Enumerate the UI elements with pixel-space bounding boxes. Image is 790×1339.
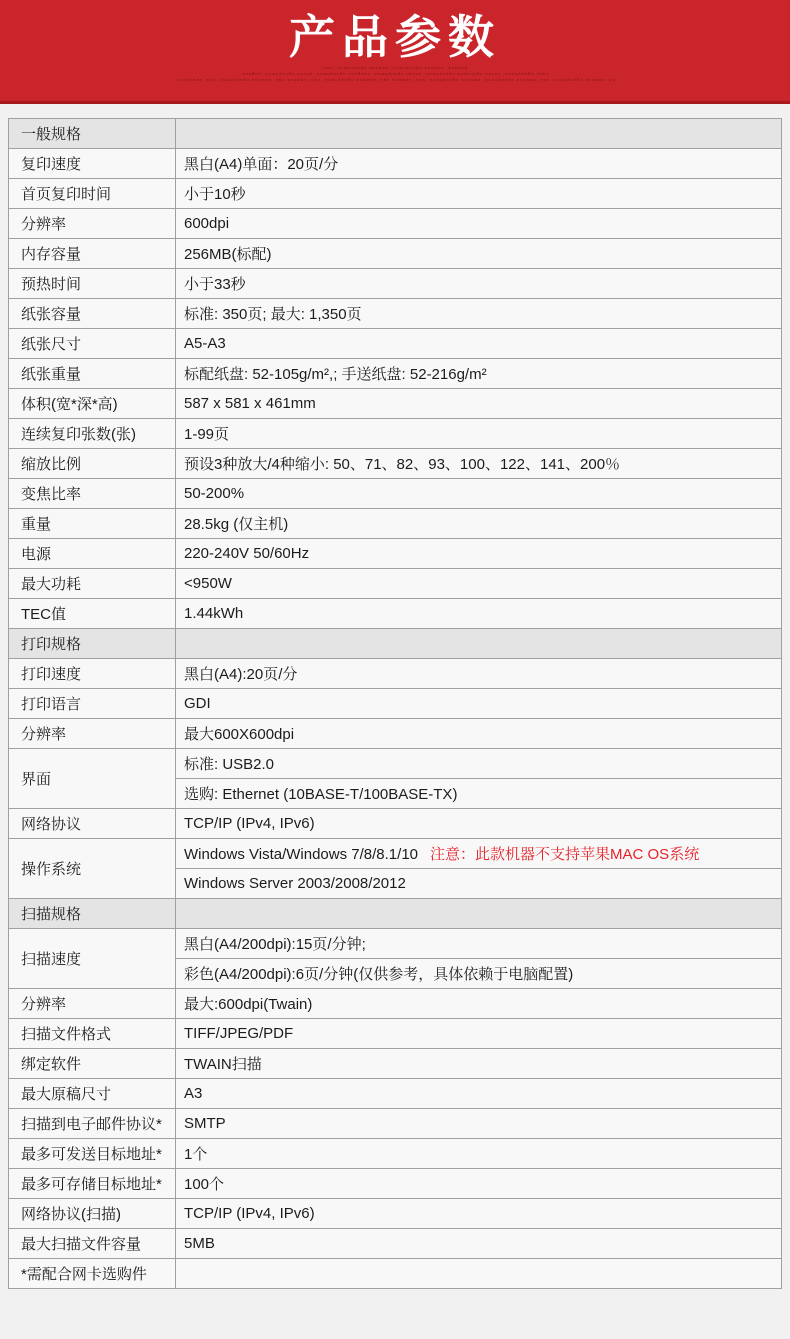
spec-row: 体积(宽*深*高)587 x 581 x 461mm: [9, 389, 782, 419]
banner: 产品参数 ba' uawoua oguuyhwou' uou' uawoua o…: [0, 0, 790, 104]
spec-value-cell: TIFF/JPEG/PDF: [176, 1019, 782, 1049]
spec-value-cell: 黑白(A4)单面：20页/分: [176, 149, 782, 179]
spec-label-cell: 电源: [9, 539, 176, 569]
spec-row: 打印语言GDI: [9, 689, 782, 719]
spec-label-cell: *需配合网卡选购件: [9, 1259, 176, 1289]
section-row: 扫描规格: [9, 899, 782, 929]
spec-row: 电源220-240V 50/60Hz: [9, 539, 782, 569]
banner-decor-line: ba' uawoua oguuyhwou' uou' uawoua oguuyh…: [0, 77, 790, 83]
spec-label-cell: 预热时间: [9, 269, 176, 299]
value-text: Windows Vista/Windows 7/8/8.1/10: [184, 846, 418, 863]
spec-label-cell: 扫描文件格式: [9, 1019, 176, 1049]
spec-label-cell: 最大原稿尺寸: [9, 1079, 176, 1109]
spec-row: 纸张尺寸A5-A3: [9, 329, 782, 359]
spec-label-cell: 内存容量: [9, 239, 176, 269]
spec-label-cell: 分辨率: [9, 209, 176, 239]
spec-row: 变焦比率50-200%: [9, 479, 782, 509]
spec-value-cell: 小于33秒: [176, 269, 782, 299]
spec-row: 网络协议TCP/IP (IPv4, IPv6): [9, 809, 782, 839]
spec-label-cell: 分辨率: [9, 989, 176, 1019]
spec-row: 复印速度黑白(A4)单面：20页/分: [9, 149, 782, 179]
spec-label-cell: 最大功耗: [9, 569, 176, 599]
spec-label-cell: 变焦比率: [9, 479, 176, 509]
spec-table: 一般规格复印速度黑白(A4)单面：20页/分首页复印时间小于10秒分辨率600d…: [8, 118, 782, 1289]
spec-value-cell: 标配纸盘: 52-105g/m²,; 手送纸盘: 52-216g/m²: [176, 359, 782, 389]
spec-value-cell: A5-A3: [176, 329, 782, 359]
spec-label-cell: 界面: [9, 749, 176, 809]
spec-label-cell: TEC值: [9, 599, 176, 629]
spec-label-cell: 网络协议: [9, 809, 176, 839]
spec-row: 操作系统Windows Vista/Windows 7/8/8.1/10注意：此…: [9, 839, 782, 869]
spec-row: 首页复印时间小于10秒: [9, 179, 782, 209]
spec-row: 重量28.5kg (仅主机): [9, 509, 782, 539]
spec-value-cell: 选购: Ethernet (10BASE-T/100BASE-TX): [176, 779, 782, 809]
page-title: 产品参数: [0, 0, 790, 62]
spec-label-cell: 缩放比例: [9, 449, 176, 479]
spec-value-cell: 彩色(A4/200dpi):6页/分钟(仅供参考，具体依赖于电脑配置): [176, 959, 782, 989]
spec-row: 最多可发送目标地址*1个: [9, 1139, 782, 1169]
value-note: 注意：此款机器不支持苹果MAC OS系统: [430, 846, 699, 863]
spec-value-cell: 标准: 350页; 最大: 1,350页: [176, 299, 782, 329]
spec-row: 最大原稿尺寸A3: [9, 1079, 782, 1109]
spec-value-cell: TCP/IP (IPv4, IPv6): [176, 1199, 782, 1229]
spec-row: 分辨率最大:600dpi(Twain): [9, 989, 782, 1019]
spec-label-cell: 复印速度: [9, 149, 176, 179]
spec-value-cell: 标准: USB2.0: [176, 749, 782, 779]
spec-label-cell: 体积(宽*深*高): [9, 389, 176, 419]
spec-label-cell: 纸张容量: [9, 299, 176, 329]
spec-value-cell: 黑白(A4/200dpi):15页/分钟;: [176, 929, 782, 959]
spec-row: 扫描速度黑白(A4/200dpi):15页/分钟;: [9, 929, 782, 959]
spec-label-cell: 打印语言: [9, 689, 176, 719]
spec-value-cell: 5MB: [176, 1229, 782, 1259]
spec-row: 纸张重量标配纸盘: 52-105g/m²,; 手送纸盘: 52-216g/m²: [9, 359, 782, 389]
spec-value-cell: [176, 629, 782, 659]
section-row: 打印规格: [9, 629, 782, 659]
spec-value-cell: 小于10秒: [176, 179, 782, 209]
spec-value-cell: 256MB(标配): [176, 239, 782, 269]
spec-row: 界面标准: USB2.0: [9, 749, 782, 779]
spec-row: 纸张容量标准: 350页; 最大: 1,350页: [9, 299, 782, 329]
spec-row: 分辨率最大600X600dpi: [9, 719, 782, 749]
spec-row: 打印速度黑白(A4):20页/分: [9, 659, 782, 689]
spec-value-cell: TWAIN扫描: [176, 1049, 782, 1079]
spec-row: 分辨率600dpi: [9, 209, 782, 239]
spec-label-cell: 最多可存储目标地址*: [9, 1169, 176, 1199]
spec-value-cell: GDI: [176, 689, 782, 719]
spec-value-cell: A3: [176, 1079, 782, 1109]
spec-label-cell: 最多可发送目标地址*: [9, 1139, 176, 1169]
banner-decor-text: ba' uawoua oguuyhwou' uou' uawoua oguuyh…: [0, 65, 790, 83]
spec-row: 最大扫描文件容量5MB: [9, 1229, 782, 1259]
spec-row: 缩放比例预设3种放大/4种缩小: 50、71、82、93、100、122、141…: [9, 449, 782, 479]
spec-label-cell: 最大扫描文件容量: [9, 1229, 176, 1259]
spec-value-cell: 最大600X600dpi: [176, 719, 782, 749]
spec-row: 扫描到电子邮件协议*SMTP: [9, 1109, 782, 1139]
spec-label-cell: 分辨率: [9, 719, 176, 749]
spec-row: 连续复印张数(张)1-99页: [9, 419, 782, 449]
spec-label-cell: 纸张尺寸: [9, 329, 176, 359]
spec-value-cell: SMTP: [176, 1109, 782, 1139]
spec-row: TEC值1.44kWh: [9, 599, 782, 629]
spec-table-body: 一般规格复印速度黑白(A4)单面：20页/分首页复印时间小于10秒分辨率600d…: [9, 119, 782, 1289]
spec-row: 最大功耗<950W: [9, 569, 782, 599]
spec-value-cell: 50-200%: [176, 479, 782, 509]
spec-label-cell: 连续复印张数(张): [9, 419, 176, 449]
spec-label-cell: 扫描速度: [9, 929, 176, 989]
spec-row: 最多可存储目标地址*100个: [9, 1169, 782, 1199]
spec-value-cell: 587 x 581 x 461mm: [176, 389, 782, 419]
spec-value-cell: 220-240V 50/60Hz: [176, 539, 782, 569]
spec-label-cell: 扫描到电子邮件协议*: [9, 1109, 176, 1139]
spec-value-cell: 黑白(A4):20页/分: [176, 659, 782, 689]
spec-label-cell: 纸张重量: [9, 359, 176, 389]
spec-value-cell: 1.44kWh: [176, 599, 782, 629]
spec-value-cell: 预设3种放大/4种缩小: 50、71、82、93、100、122、141、200…: [176, 449, 782, 479]
banner-decor-line: oavu ogauyhwou' uovau ogauuava oguuyhwou…: [0, 71, 790, 77]
spec-value-cell: <950W: [176, 569, 782, 599]
spec-value-cell: 28.5kg (仅主机): [176, 509, 782, 539]
spec-label-cell: 首页复印时间: [9, 179, 176, 209]
spec-row: 扫描文件格式TIFF/JPEG/PDF: [9, 1019, 782, 1049]
spec-value-cell: 1-99页: [176, 419, 782, 449]
spec-value-cell: [176, 899, 782, 929]
spec-value-cell: TCP/IP (IPv4, IPv6): [176, 809, 782, 839]
spec-row: 绑定软件TWAIN扫描: [9, 1049, 782, 1079]
section-row: 一般规格: [9, 119, 782, 149]
spec-label-cell: 网络协议(扫描): [9, 1199, 176, 1229]
spec-label-cell: 操作系统: [9, 839, 176, 899]
spec-value-cell: 100个: [176, 1169, 782, 1199]
spec-label-cell: 绑定软件: [9, 1049, 176, 1079]
spec-value-cell: [176, 119, 782, 149]
spec-value-cell: 1个: [176, 1139, 782, 1169]
spec-label-cell: 打印速度: [9, 659, 176, 689]
spec-value-cell: 600dpi: [176, 209, 782, 239]
spec-label-cell: 重量: [9, 509, 176, 539]
spec-row: 网络协议(扫描)TCP/IP (IPv4, IPv6): [9, 1199, 782, 1229]
spec-value-cell: Windows Server 2003/2008/2012: [176, 869, 782, 899]
spec-row: 内存容量256MB(标配): [9, 239, 782, 269]
spec-row: *需配合网卡选购件: [9, 1259, 782, 1289]
section-label-cell: 扫描规格: [9, 899, 176, 929]
section-label-cell: 打印规格: [9, 629, 176, 659]
spec-value-cell: [176, 1259, 782, 1289]
spec-table-container: 一般规格复印速度黑白(A4)单面：20页/分首页复印时间小于10秒分辨率600d…: [0, 104, 790, 1339]
spec-value-cell: Windows Vista/Windows 7/8/8.1/10注意：此款机器不…: [176, 839, 782, 869]
spec-row: 预热时间小于33秒: [9, 269, 782, 299]
banner-decor-line: guagua' uawoua oguuyhwou' uawoua oguuyhw…: [0, 65, 790, 71]
section-label-cell: 一般规格: [9, 119, 176, 149]
spec-value-cell: 最大:600dpi(Twain): [176, 989, 782, 1019]
